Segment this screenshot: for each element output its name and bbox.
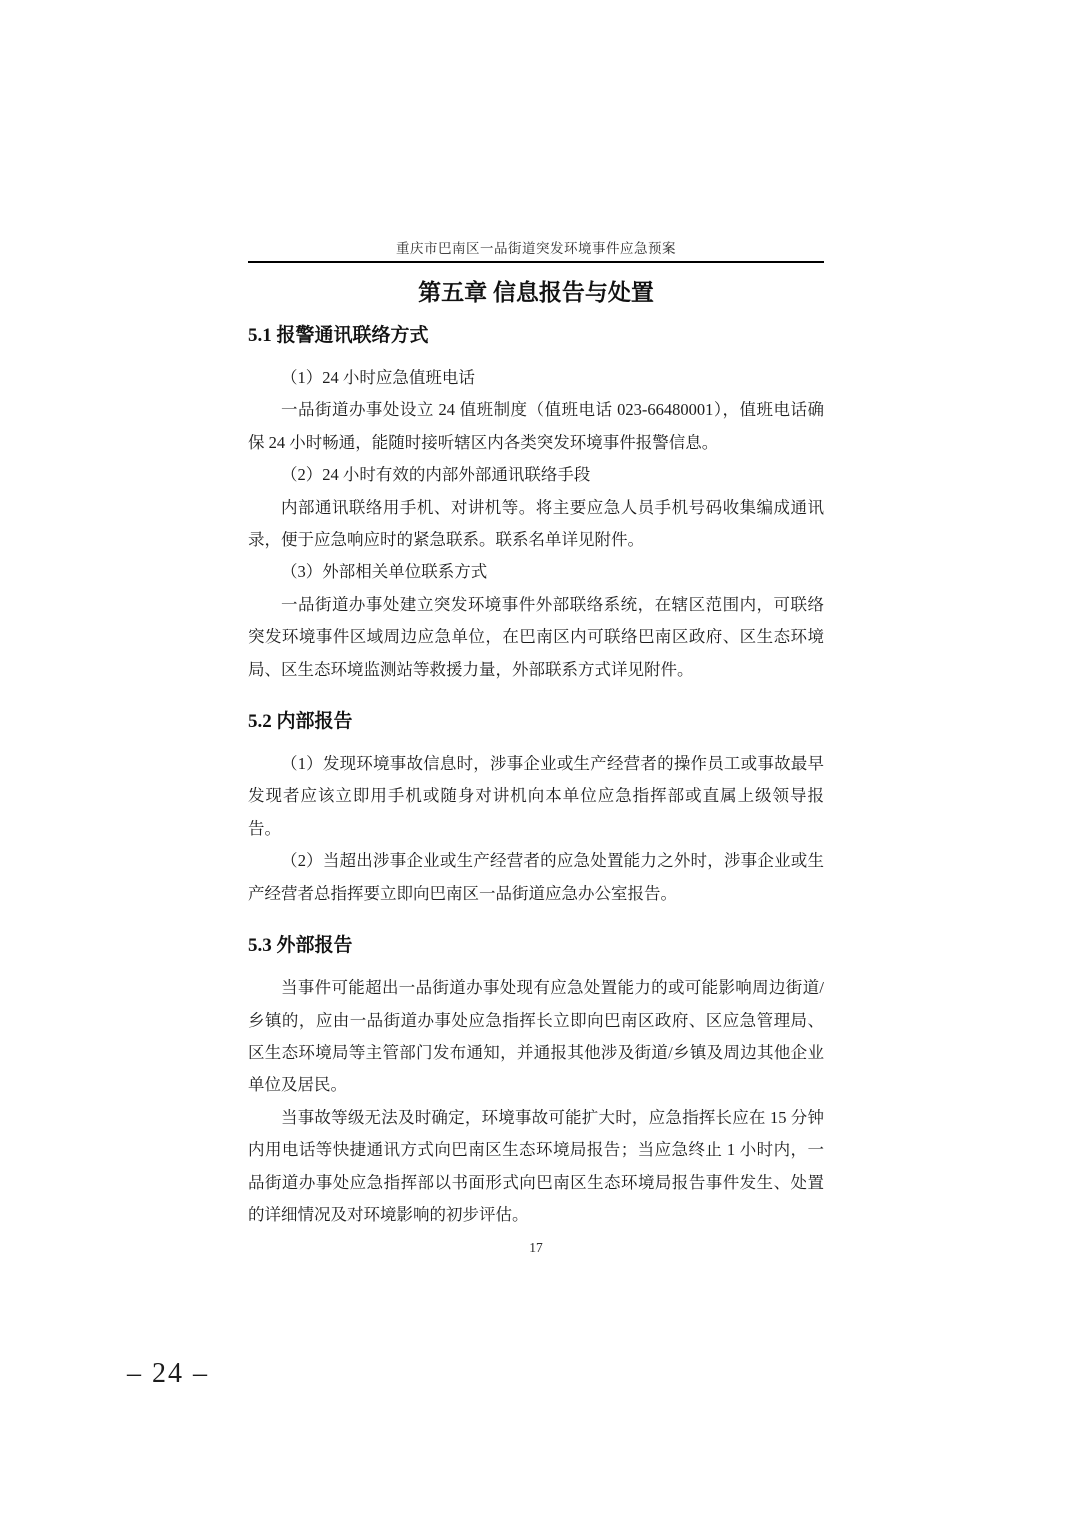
paragraph-5-2-1: （1）发现环境事故信息时，涉事企业或生产经营者的操作员工或事故最早发现者应该立即… — [248, 748, 824, 845]
document-body: 5.1 报警通讯联络方式 （1）24 小时应急值班电话 一品街道办事处设立 24… — [248, 322, 824, 1231]
section-heading-5-2: 5.2 内部报告 — [248, 708, 824, 736]
paragraph-5-1-5: （3）外部相关单位联系方式 — [248, 556, 824, 588]
section-heading-5-1: 5.1 报警通讯联络方式 — [248, 322, 824, 350]
paragraph-5-1-6: 一品街道办事处建立突发环境事件外部联络系统，在辖区范围内，可联络突发环境事件区域… — [248, 589, 824, 686]
document-page: 重庆市巴南区一品街道突发环境事件应急预案 第五章 信息报告与处置 5.1 报警通… — [0, 0, 1074, 1520]
paragraph-5-3-1: 当事件可能超出一品街道办事处现有应急处置能力的或可能影响周边街道/乡镇的，应由一… — [248, 972, 824, 1102]
paragraph-5-3-2: 当事故等级无法及时确定，环境事故可能扩大时，应急指挥长应在 15 分钟内用电话等… — [248, 1102, 824, 1232]
paragraph-5-2-2: （2）当超出涉事企业或生产经营者的应急处置能力之外时，涉事企业或生产经营者总指挥… — [248, 845, 824, 910]
running-header: 重庆市巴南区一品街道突发环境事件应急预案 — [248, 240, 824, 263]
footer-page-label: – 24 – — [127, 1358, 209, 1390]
paragraph-5-1-1: （1）24 小时应急值班电话 — [248, 362, 824, 394]
section-heading-5-3: 5.3 外部报告 — [248, 932, 824, 960]
chapter-title: 第五章 信息报告与处置 — [248, 276, 824, 310]
paragraph-5-1-2: 一品街道办事处设立 24 值班制度（值班电话 023-66480001），值班电… — [248, 394, 824, 459]
paragraph-5-1-4: 内部通讯联络用手机、对讲机等。将主要应急人员手机号码收集编成通讯录，便于应急响应… — [248, 492, 824, 557]
running-header-title: 重庆市巴南区一品街道突发环境事件应急预案 — [248, 240, 824, 258]
header-rule — [248, 261, 824, 263]
paragraph-5-1-3: （2）24 小时有效的内部外部通讯联络手段 — [248, 459, 824, 491]
page-number: 17 — [248, 1240, 824, 1256]
